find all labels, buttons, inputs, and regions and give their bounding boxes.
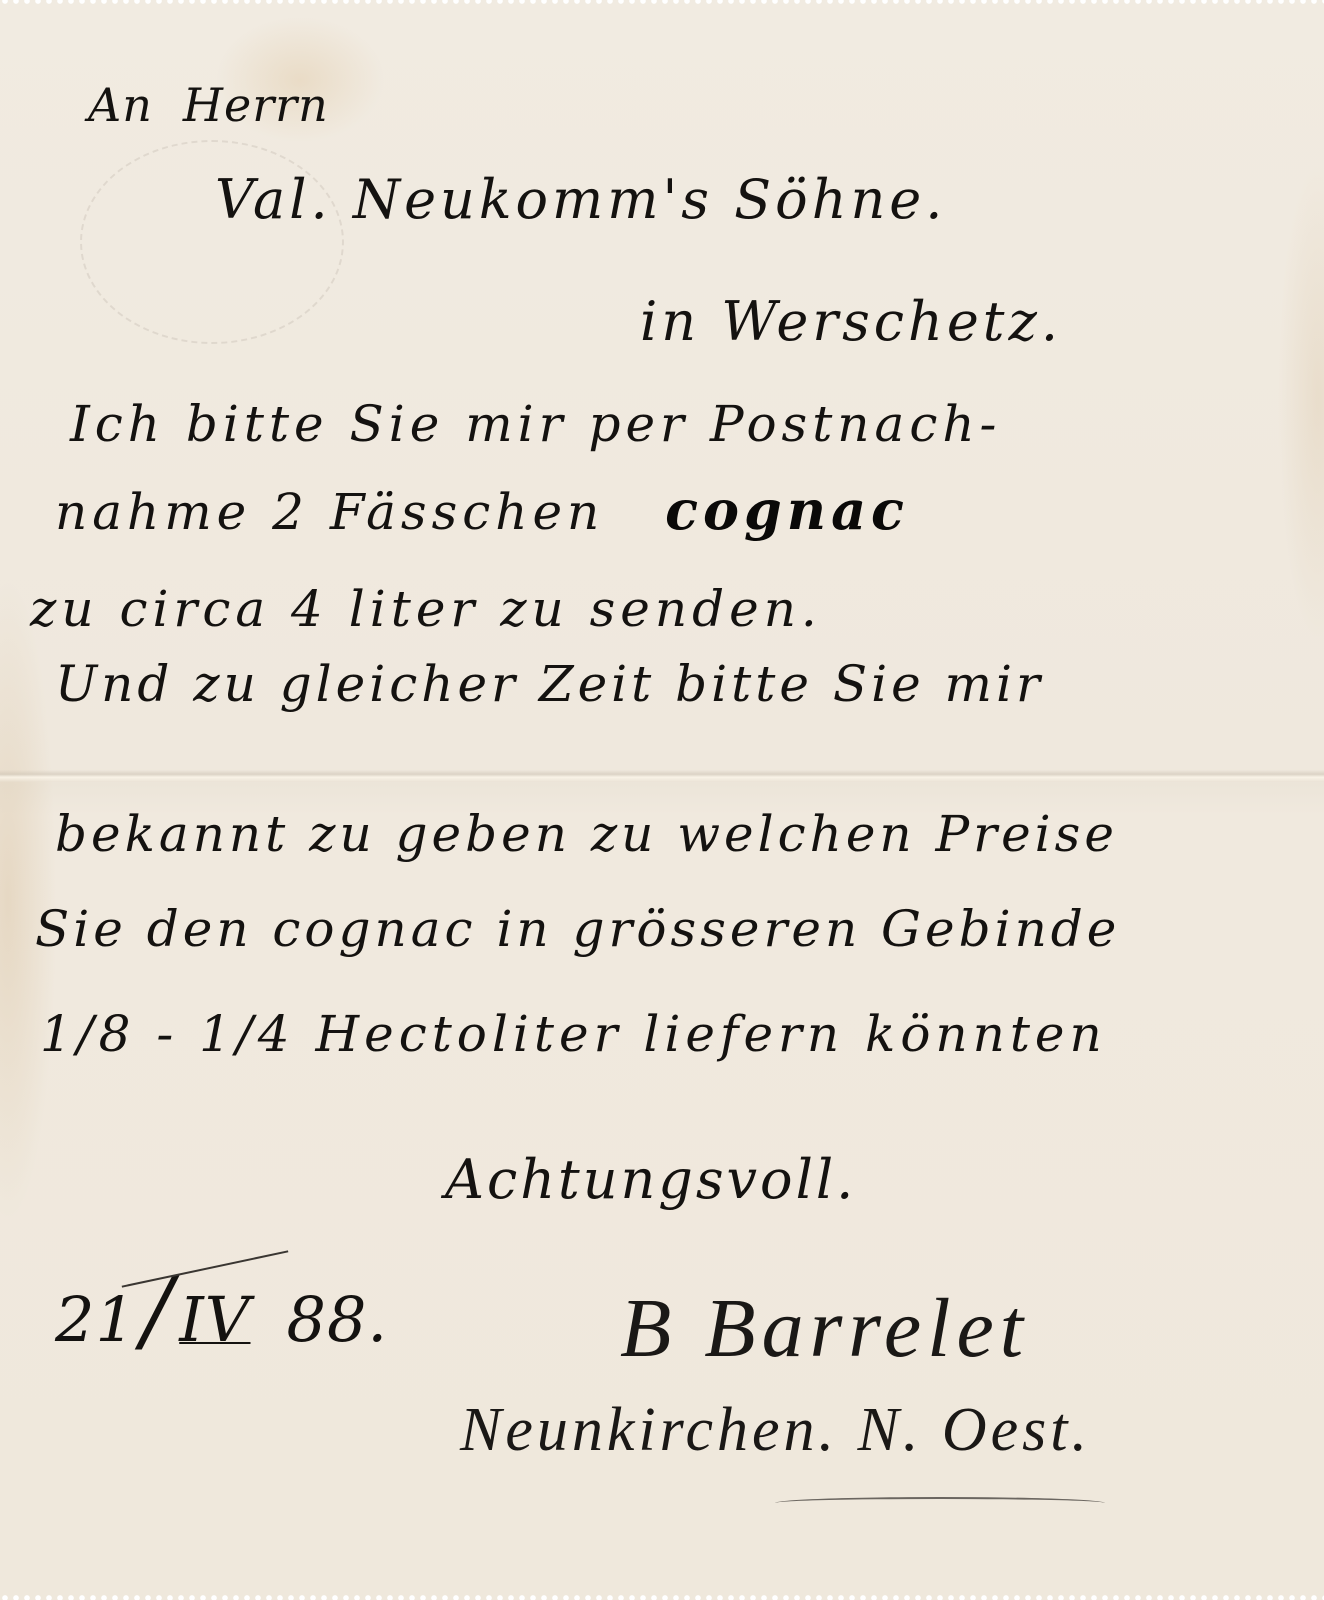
body-line-7: 1/8 - 1/4 Hectoliter liefern könnten bbox=[40, 1005, 1107, 1063]
body-line-2: nahme 2 Fässchen cognac bbox=[55, 478, 909, 542]
body-line-4: Und zu gleicher Zeit bitte Sie mir bbox=[55, 655, 1044, 713]
addressee-location: in Werschetz. bbox=[640, 290, 1062, 353]
signature-name: B Barrelet bbox=[620, 1280, 1029, 1377]
signature-place: Neunkirchen. N. Oest. bbox=[460, 1395, 1091, 1466]
emphasized-word-cognac: cognac bbox=[665, 478, 909, 542]
date-separator: / bbox=[142, 1258, 173, 1363]
salutation-prefix: An bbox=[88, 78, 153, 132]
body-line-2-text: nahme 2 Fässchen bbox=[55, 483, 604, 541]
perforated-bottom-edge bbox=[0, 1594, 1324, 1600]
letter-sheet: AnHerrn Val. Neukomm's Söhne. in Wersche… bbox=[0, 0, 1324, 1600]
body-line-6: Sie den cognac in grösseren Gebinde bbox=[35, 900, 1120, 958]
date-month: IV bbox=[179, 1283, 250, 1356]
body-line-5: bekannt zu geben zu welchen Preise bbox=[55, 805, 1118, 863]
salutation: AnHerrn bbox=[88, 78, 329, 132]
body-line-3: zu circa 4 liter zu senden. bbox=[30, 580, 822, 638]
date-year: 88. bbox=[287, 1283, 389, 1356]
letter-date: 21/IV88. bbox=[55, 1258, 388, 1363]
perforated-top-edge bbox=[0, 0, 1324, 5]
body-line-1: Ich bitte Sie mir per Postnach- bbox=[70, 395, 1001, 453]
closing: Achtungsvoll. bbox=[445, 1148, 856, 1211]
fold-crease bbox=[0, 770, 1324, 782]
date-day: 21 bbox=[55, 1283, 136, 1356]
salutation-title: Herrn bbox=[183, 78, 329, 132]
addressee-name: Val. Neukomm's Söhne. bbox=[215, 168, 946, 231]
signature-underline bbox=[775, 1497, 1105, 1509]
